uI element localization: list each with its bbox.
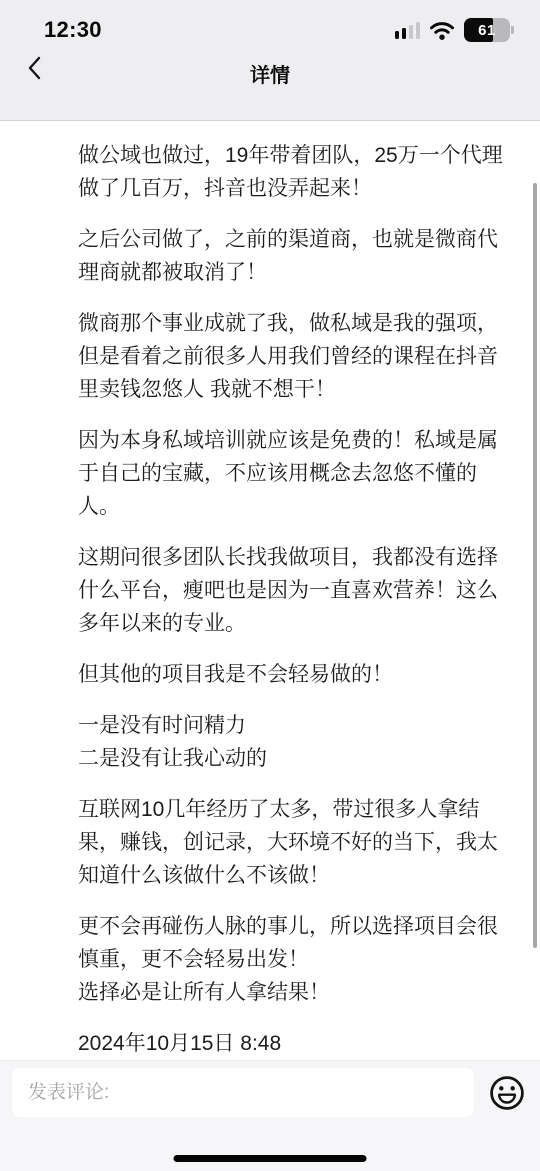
battery-icon: 61 — [464, 18, 510, 42]
post-paragraph: 这期问很多团队长找我做项目，我都没有选择什么平台，瘦吧也是因为一直喜欢营养！这么… — [78, 541, 512, 640]
post-paragraph: 一是没有时问精力 二是没有让我心动的 — [78, 709, 512, 775]
post-paragraph: 微商那个事业成就了我，做私域是我的强项，但是看着之前很多人用我们曾经的课程在抖音… — [78, 307, 512, 406]
status-time: 12:30 — [44, 17, 102, 43]
phone-screen: 12:30 61 — [0, 0, 540, 1171]
cellular-signal-icon — [395, 22, 421, 39]
post-paragraph: 因为本身私域培训就应该是免费的！私域是属于自己的宝藏，不应该用概念去忽悠不懂的人… — [78, 424, 512, 523]
wifi-icon — [429, 21, 455, 40]
post-paragraph: 更不会再碰伤人脉的事儿，所以选择项目会很慎重，更不会轻易出发！ 选择必是让所有人… — [78, 910, 512, 1009]
post-paragraph: 互联网10几年经历了太多，带过很多人拿结果，赚钱，创记录，大环境不好的当下，我太… — [78, 793, 512, 892]
home-indicator[interactable] — [174, 1155, 367, 1162]
status-bar: 12:30 61 — [0, 0, 540, 44]
battery-cap — [511, 26, 514, 34]
post-timestamp: 2024年10月15日 8:48 — [78, 1027, 512, 1060]
header: 12:30 61 — [0, 0, 540, 121]
nav-bar: 详情 — [0, 44, 540, 102]
status-icons: 61 — [395, 18, 511, 42]
post-content: 做公域也做过，19年带着团队，25万一个代理做了几百万，抖音也没弄起来！ 之后公… — [0, 122, 540, 1060]
battery-percent: 61 — [464, 18, 510, 42]
chevron-left-icon — [27, 56, 41, 80]
emoji-button[interactable] — [487, 1073, 527, 1113]
comment-input[interactable] — [12, 1068, 474, 1117]
scrollbar-thumb[interactable] — [533, 183, 537, 948]
page-title: 详情 — [250, 59, 290, 88]
smiley-face-icon — [488, 1074, 526, 1112]
post-paragraph: 做公域也做过，19年带着团队，25万一个代理做了几百万，抖音也没弄起来！ — [78, 139, 512, 205]
post-paragraph: 但其他的项目我是不会轻易做的！ — [78, 658, 512, 691]
post-paragraph: 之后公司做了，之前的渠道商，也就是微商代理商就都被取消了！ — [78, 223, 512, 289]
comment-bar — [0, 1060, 540, 1171]
back-button[interactable] — [12, 46, 56, 90]
